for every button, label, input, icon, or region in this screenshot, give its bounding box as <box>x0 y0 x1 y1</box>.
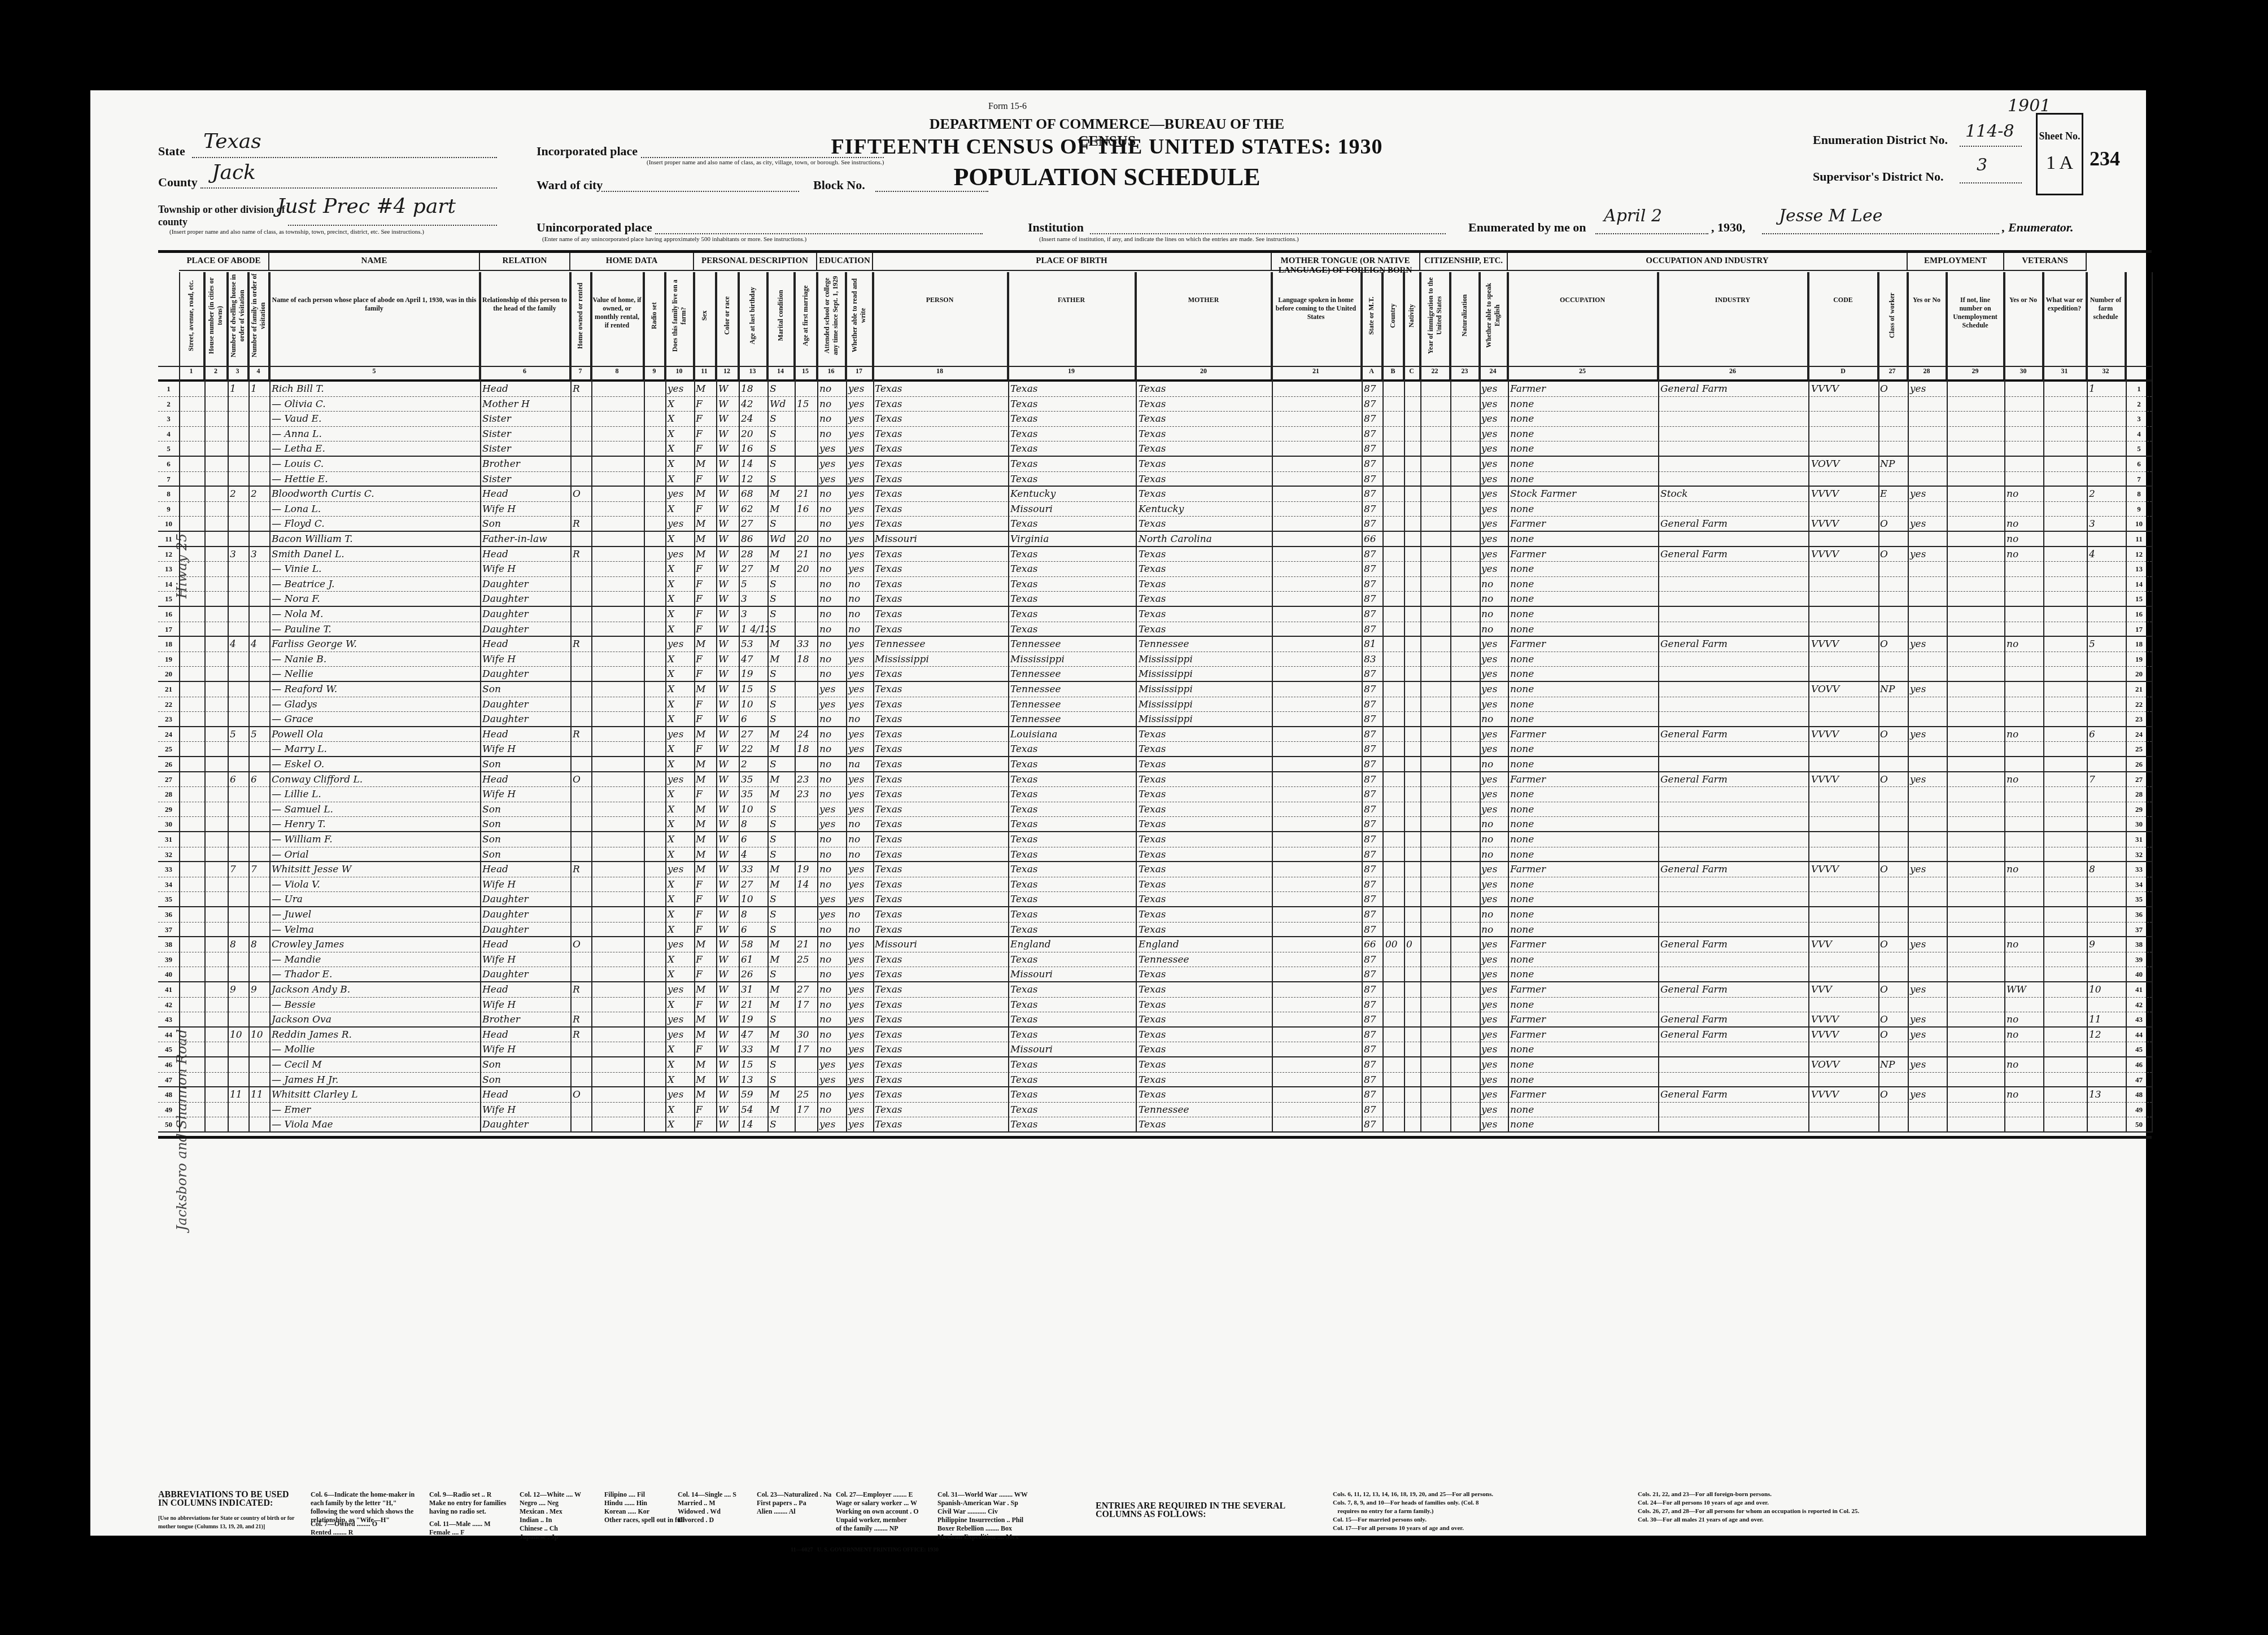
cell-code-d <box>1809 712 1878 726</box>
line-number: 21 <box>2126 682 2152 697</box>
legend-col23: Col. 23—Naturalized . Na First papers ..… <box>757 1490 831 1516</box>
cell-age: 47 <box>739 1028 767 1042</box>
cell-occupation: Farmer <box>1508 637 1658 652</box>
cell-school: no <box>817 382 846 396</box>
cell-farm-sched <box>2087 1073 2126 1087</box>
line-number: 11 <box>2126 532 2152 546</box>
cell-code-d: VVVV <box>1809 862 1878 877</box>
cell-code-b <box>1383 607 1404 622</box>
cell-code-a: 87 <box>1362 802 1382 817</box>
cell-code-a: 87 <box>1362 487 1382 501</box>
cell-code-d <box>1809 802 1878 817</box>
cell-relation: Son <box>480 817 570 831</box>
cell-name: — Nora F. <box>269 592 480 606</box>
cell-code-b <box>1383 427 1404 441</box>
cell-english: yes <box>1479 637 1508 652</box>
cell-farm: yes <box>665 1087 694 1102</box>
cell-race: W <box>716 382 739 396</box>
line-number: 15 <box>2126 592 2152 606</box>
cell-bp-mother: Texas <box>1136 547 1272 562</box>
cell-dwelling <box>228 652 248 667</box>
cell-code-d: VVVV <box>1809 517 1878 531</box>
cell-code-d: VVVV <box>1809 487 1878 501</box>
cell-class <box>1878 923 1908 937</box>
cell-dwelling <box>228 682 248 697</box>
cell-code-c <box>1404 862 1420 877</box>
cell-occupation: none <box>1508 1057 1658 1072</box>
cell-employed <box>1908 877 1947 892</box>
cell-bp-father: Texas <box>1008 441 1136 456</box>
cell-bp: Mississippi <box>873 652 1008 667</box>
cell-read: yes <box>846 967 873 981</box>
cell-owned <box>570 652 591 667</box>
line-number: 19 <box>158 652 179 667</box>
cell-family <box>248 832 269 847</box>
cell-occupation: none <box>1508 877 1658 892</box>
cell-bp-father: Texas <box>1008 382 1136 396</box>
cell-industry <box>1658 787 1808 802</box>
cell-code-d <box>1809 757 1878 771</box>
cell-code-c <box>1404 757 1420 771</box>
cell-school: no <box>817 877 846 892</box>
sd-label: Supervisor's District No. <box>1813 169 1944 184</box>
cell-bp-mother: Mississippi <box>1136 682 1272 697</box>
cell-read: yes <box>846 517 873 531</box>
cell-age: 53 <box>739 637 767 652</box>
cell-class <box>1878 998 1908 1012</box>
cell-bp-father: Texas <box>1008 892 1136 906</box>
cell-vet <box>2004 472 2043 486</box>
column-header-29: If not, line number on Unemployment Sche… <box>1947 272 2004 366</box>
cell-code-c <box>1404 667 1420 681</box>
cell-age: 27 <box>739 727 767 742</box>
cell-bp: Tennessee <box>873 637 1008 652</box>
cell-employed: yes <box>1908 1087 1947 1102</box>
cell-school: no <box>817 757 846 771</box>
cell-code-d <box>1809 967 1878 981</box>
cell-farm: X <box>665 532 694 546</box>
cell-occupation: none <box>1508 952 1658 967</box>
line-number: 23 <box>158 712 179 726</box>
cell-bp-mother: Texas <box>1136 457 1272 471</box>
cell-family: 8 <box>248 937 269 952</box>
line-number: 17 <box>158 622 179 636</box>
cell-employed: yes <box>1908 1057 1947 1072</box>
cell-vet: no <box>2004 862 2043 877</box>
cell-name: Jackson Andy B. <box>269 982 480 997</box>
cell-bp: Texas <box>873 1028 1008 1042</box>
cell-bp: Texas <box>873 1117 1008 1131</box>
cell-class <box>1878 532 1908 546</box>
cell-relation: Son <box>480 1073 570 1087</box>
column-header-label: State or M.T. <box>1367 273 1376 358</box>
cell-owned <box>570 832 591 847</box>
cell-bp: Texas <box>873 441 1008 456</box>
column-header-21: Language spoken in home before coming to… <box>1271 272 1362 366</box>
cell-english: yes <box>1479 998 1508 1012</box>
cell-industry <box>1658 892 1808 906</box>
cell-first-marr <box>795 457 817 471</box>
cell-class: O <box>1878 982 1908 997</box>
cell-school: no <box>817 622 846 636</box>
cell-bp: Texas <box>873 667 1008 681</box>
cell-code-c <box>1404 652 1420 667</box>
cell-code-b <box>1383 817 1404 831</box>
cell-bp-mother: Texas <box>1136 427 1272 441</box>
cell-first-marr <box>795 1117 817 1131</box>
cell-industry <box>1658 967 1808 981</box>
column-number: 19 <box>1008 367 1136 379</box>
cell-english: yes <box>1479 1087 1508 1102</box>
cell-sex: F <box>694 877 716 892</box>
line-number: 16 <box>158 607 179 622</box>
cell-read: yes <box>846 547 873 562</box>
line-number: 31 <box>2126 832 2152 847</box>
cell-code-b <box>1383 1042 1404 1056</box>
cell-dwelling <box>228 622 248 636</box>
table-row: 481111Whitsitt Clarley LHeadOyesMW59M25n… <box>158 1087 2152 1103</box>
cell-vet: WW <box>2004 982 2043 997</box>
column-header-label: MOTHER <box>1137 273 1270 304</box>
cell-occupation: none <box>1508 682 1658 697</box>
cell-code-d: VVVV <box>1809 637 1878 652</box>
cell-read: yes <box>846 998 873 1012</box>
cell-industry <box>1658 1103 1808 1117</box>
cell-industry: General Farm <box>1658 547 1808 562</box>
cell-dwelling <box>228 532 248 546</box>
cell-age: 10 <box>739 697 767 712</box>
cell-vet <box>2004 652 2043 667</box>
cell-marital: S <box>767 907 795 922</box>
cell-marital: S <box>767 923 795 937</box>
line-number: 3 <box>158 412 179 426</box>
cell-occupation: Farmer <box>1508 517 1658 531</box>
cell-english: yes <box>1479 457 1508 471</box>
line-number: 36 <box>2126 907 2152 922</box>
line-number: 48 <box>2126 1087 2152 1102</box>
cell-race: W <box>716 1087 739 1102</box>
cell-sex: F <box>694 1103 716 1117</box>
cell-sex: F <box>694 892 716 906</box>
cell-owned: R <box>570 727 591 742</box>
column-number: 13 <box>739 367 767 379</box>
column-number: 11 <box>694 367 716 379</box>
cell-employed <box>1908 923 1947 937</box>
cell-employed: yes <box>1908 487 1947 501</box>
cell-bp: Texas <box>873 562 1008 576</box>
cell-read: no <box>846 712 873 726</box>
cell-family <box>248 562 269 576</box>
cell-family <box>248 712 269 726</box>
cell-bp-mother: Tennessee <box>1136 952 1272 967</box>
cell-employed <box>1908 622 1947 636</box>
cell-bp: Texas <box>873 1042 1008 1056</box>
cell-bp: Texas <box>873 502 1008 517</box>
cell-code-d <box>1809 923 1878 937</box>
cell-sex: M <box>694 727 716 742</box>
cell-code-d <box>1809 607 1878 622</box>
cell-sex: M <box>694 1012 716 1026</box>
line-number: 30 <box>2126 817 2152 831</box>
cell-dwelling <box>228 577 248 592</box>
cell-age: 42 <box>739 397 767 412</box>
cell-school: no <box>817 1012 846 1026</box>
cell-relation: Son <box>480 847 570 862</box>
cell-bp-father: Texas <box>1008 577 1136 592</box>
cell-bp-mother: Texas <box>1136 1087 1272 1102</box>
cell-bp-father: Tennessee <box>1008 712 1136 726</box>
cell-farm-sched <box>2087 562 2126 576</box>
column-header-28: Yes or No <box>1908 272 1947 366</box>
column-number: 17 <box>846 367 873 379</box>
cell-sex: F <box>694 667 716 681</box>
cell-dwelling <box>228 441 248 456</box>
cell-english: no <box>1479 923 1508 937</box>
cell-first-marr <box>795 517 817 531</box>
cell-race: W <box>716 622 739 636</box>
line-number: 14 <box>158 577 179 592</box>
table-row: 9— Lona L.Wife HXFW62M16noyesTexasMissou… <box>158 502 2152 517</box>
cell-relation: Brother <box>480 457 570 471</box>
cell-farm: X <box>665 667 694 681</box>
cell-dwelling: 10 <box>228 1028 248 1042</box>
column-header-b: Country <box>1383 272 1404 366</box>
cell-owned <box>570 923 591 937</box>
cell-family: 5 <box>248 727 269 742</box>
cell-employed: yes <box>1908 382 1947 396</box>
column-header-label: Whether able to read and write <box>851 273 867 358</box>
cell-farm: yes <box>665 637 694 652</box>
cell-vet <box>2004 412 2043 426</box>
cell-code-c <box>1404 457 1420 471</box>
cell-sex: M <box>694 457 716 471</box>
cell-english: yes <box>1479 1057 1508 1072</box>
cell-bp-mother: Mississippi <box>1136 712 1272 726</box>
line-number: 47 <box>2126 1073 2152 1087</box>
column-header-2: House number (in cities or towns) <box>205 272 228 366</box>
cell-class <box>1878 907 1908 922</box>
cell-bp-mother: Texas <box>1136 967 1272 981</box>
cell-read: no <box>846 832 873 847</box>
cell-family <box>248 923 269 937</box>
cell-school: no <box>817 532 846 546</box>
cell-family <box>248 742 269 756</box>
cell-relation: Son <box>480 757 570 771</box>
cell-age: 86 <box>739 532 767 546</box>
cell-code-a: 87 <box>1362 607 1382 622</box>
cell-first-marr <box>795 682 817 697</box>
cell-family <box>248 1012 269 1026</box>
cell-vet <box>2004 787 2043 802</box>
cell-english: yes <box>1479 412 1508 426</box>
cell-owned <box>570 577 591 592</box>
cell-family <box>248 1117 269 1131</box>
cell-code-b <box>1383 1012 1404 1026</box>
column-header-label: Class of worker <box>1888 273 1896 358</box>
table-row: 37— VelmaDaughterXFW6SnonoTexasTexasTexa… <box>158 923 2152 938</box>
cell-dwelling <box>228 697 248 712</box>
column-header-11: Sex <box>694 272 716 366</box>
cell-code-b <box>1383 517 1404 531</box>
cell-race: W <box>716 817 739 831</box>
cell-name: — Viola V. <box>269 877 480 892</box>
cell-farm-sched <box>2087 607 2126 622</box>
cell-age: 62 <box>739 502 767 517</box>
entries-title: ENTRIES ARE REQUIRED IN THE SEVERAL COLU… <box>1096 1502 1310 1519</box>
cell-sex: M <box>694 772 716 787</box>
cell-sex: F <box>694 1117 716 1131</box>
column-header-label: Radio set <box>650 273 658 358</box>
column-header-label: Year of immigration to the United States <box>1427 273 1443 358</box>
cell-code-b <box>1383 982 1404 997</box>
column-header-c: Nativity <box>1404 272 1420 366</box>
cell-farm: yes <box>665 1012 694 1026</box>
cell-marital: M <box>767 862 795 877</box>
cell-code-d: VOVV <box>1809 1057 1878 1072</box>
cell-code-a: 87 <box>1362 412 1382 426</box>
cell-first-marr <box>795 757 817 771</box>
cell-class: O <box>1878 772 1908 787</box>
cell-farm-sched <box>2087 622 2126 636</box>
cell-read: no <box>846 907 873 922</box>
cell-bp-father: Missouri <box>1008 967 1136 981</box>
cell-marital: M <box>767 877 795 892</box>
column-number: 15 <box>795 367 817 379</box>
cell-class <box>1878 397 1908 412</box>
cell-bp-father: Texas <box>1008 757 1136 771</box>
cell-bp-mother: Mississippi <box>1136 652 1272 667</box>
cell-family <box>248 998 269 1012</box>
cell-read: yes <box>846 487 873 501</box>
cell-english: yes <box>1479 877 1508 892</box>
cell-owned <box>570 697 591 712</box>
cell-sex: M <box>694 1057 716 1072</box>
cell-occupation: Farmer <box>1508 1087 1658 1102</box>
cell-english: yes <box>1479 517 1508 531</box>
cell-bp-father: Mississippi <box>1008 652 1136 667</box>
cell-vet: no <box>2004 637 2043 652</box>
cell-bp-father: Texas <box>1008 622 1136 636</box>
cell-vet <box>2004 441 2043 456</box>
cell-sex: F <box>694 472 716 486</box>
cell-occupation: none <box>1508 412 1658 426</box>
cell-vet: no <box>2004 937 2043 952</box>
cell-dwelling <box>228 802 248 817</box>
cell-school: no <box>817 637 846 652</box>
line-number: 5 <box>158 441 179 456</box>
cell-read: yes <box>846 1117 873 1131</box>
cell-farm-sched: 2 <box>2087 487 2126 501</box>
cell-farm: X <box>665 998 694 1012</box>
sheet-label: Sheet No. <box>2038 130 2082 142</box>
cell-employed <box>1908 1117 1947 1131</box>
column-group-header: VETERANS <box>2004 253 2087 271</box>
cell-relation: Daughter <box>480 622 570 636</box>
cell-industry: General Farm <box>1658 862 1808 877</box>
cell-vet <box>2004 742 2043 756</box>
cell-farm-sched <box>2087 907 2126 922</box>
cell-code-a: 66 <box>1362 532 1382 546</box>
cell-family <box>248 1042 269 1056</box>
cell-name: — Letha E. <box>269 441 480 456</box>
cell-school: no <box>817 832 846 847</box>
abbrev-title: ABBREVIATIONS TO BE USED IN COLUMNS INDI… <box>158 1490 299 1507</box>
cell-owned <box>570 1073 591 1087</box>
cell-marital: S <box>767 832 795 847</box>
table-row: 111Rich Bill T.HeadRyesMW18SnoyesTexasTe… <box>158 382 2152 397</box>
cell-industry <box>1658 1117 1808 1131</box>
cell-relation: Head <box>480 727 570 742</box>
column-header-label: Yes or No <box>1909 273 1944 304</box>
cell-bp: Texas <box>873 1103 1008 1117</box>
cell-bp-mother: Texas <box>1136 577 1272 592</box>
cell-family <box>248 817 269 831</box>
cell-age: 8 <box>739 907 767 922</box>
cell-vet <box>2004 952 2043 967</box>
cell-bp-father: Texas <box>1008 1012 1136 1026</box>
line-number: 42 <box>158 998 179 1012</box>
cell-class: O <box>1878 937 1908 952</box>
cell-code-a: 87 <box>1362 577 1382 592</box>
column-header-label: Yes or No <box>2005 273 2041 304</box>
cell-english: yes <box>1479 727 1508 742</box>
cell-code-d: VVV <box>1809 937 1878 952</box>
cell-industry <box>1658 1073 1808 1087</box>
cell-farm: X <box>665 622 694 636</box>
cell-race: W <box>716 742 739 756</box>
cell-owned <box>570 757 591 771</box>
cell-vet <box>2004 802 2043 817</box>
cell-bp-mother: Texas <box>1136 847 1272 862</box>
cell-employed <box>1908 652 1947 667</box>
line-number: 22 <box>2126 697 2152 712</box>
cell-family <box>248 592 269 606</box>
table-row: 2766Conway Clifford L.HeadOyesMW35M23noy… <box>158 772 2152 788</box>
cell-code-d: VVVV <box>1809 727 1878 742</box>
cell-occupation: none <box>1508 742 1658 756</box>
cell-employed: yes <box>1908 547 1947 562</box>
cell-bp-father: England <box>1008 937 1136 952</box>
cell-code-c <box>1404 923 1420 937</box>
cell-marital: S <box>767 607 795 622</box>
table-row: 29— Samuel L.SonXMW10SyesyesTexasTexasTe… <box>158 802 2152 817</box>
cell-marital: S <box>767 802 795 817</box>
cell-name: — Vaud E. <box>269 412 480 426</box>
column-header-17: Whether able to read and write <box>846 272 873 366</box>
cell-bp: Texas <box>873 877 1008 892</box>
cell-code-d: VVVV <box>1809 1028 1878 1042</box>
table-row: 22— GladysDaughterXFW10SyesyesTexasTenne… <box>158 697 2152 712</box>
cell-school: no <box>817 397 846 412</box>
cell-relation: Head <box>480 637 570 652</box>
cell-race: W <box>716 772 739 787</box>
cell-school: yes <box>817 1117 846 1131</box>
cell-industry: General Farm <box>1658 772 1808 787</box>
cell-industry <box>1658 502 1808 517</box>
column-number: 3 <box>228 367 248 379</box>
cell-marital: M <box>767 652 795 667</box>
cell-code-b <box>1383 577 1404 592</box>
cell-family <box>248 892 269 906</box>
cell-owned <box>570 907 591 922</box>
cell-employed <box>1908 412 1947 426</box>
cell-sex: M <box>694 382 716 396</box>
cell-race: W <box>716 892 739 906</box>
cell-family <box>248 622 269 636</box>
cell-english: no <box>1479 757 1508 771</box>
cell-bp-mother: Texas <box>1136 787 1272 802</box>
cell-bp-father: Texas <box>1008 817 1136 831</box>
